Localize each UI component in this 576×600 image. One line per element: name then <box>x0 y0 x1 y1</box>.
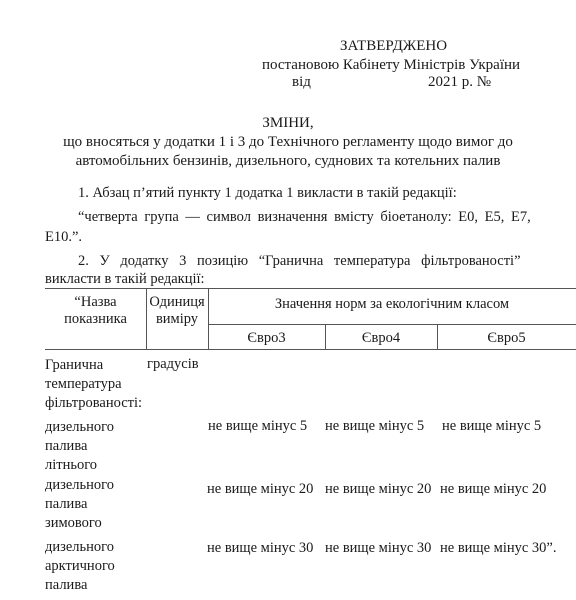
row-label-line: дизельного <box>45 418 114 437</box>
row-label-line: зимового <box>45 514 114 533</box>
header-unit-line1: Одиниця <box>146 294 208 311</box>
paragraph-3-line2: викласти в такій редакції: <box>45 271 205 288</box>
header-class-euro3: Євро3 <box>208 330 325 347</box>
row-label-line: літнього <box>45 456 114 475</box>
row-label: дизельного палива зимового <box>45 476 114 533</box>
value-euro4: не вище мінус 5 <box>325 418 424 435</box>
paragraph-1: 1. Абзац п’ятий пункту 1 додатка 1 викла… <box>78 185 457 202</box>
paragraph-3-line1: 2. У додатку 3 позицію “Гранична темпера… <box>78 253 521 270</box>
document-subtitle-line1: що вносяться у додатки 1 і 3 до Технічно… <box>0 134 576 151</box>
approval-date-prefix: від <box>292 74 311 91</box>
header-unit-line2: виміру <box>146 311 208 328</box>
row-label: дизельного палива літнього <box>45 418 114 475</box>
value-euro4: не вище мінус 20 <box>325 481 431 498</box>
value-euro5: не вище мінус 20 <box>440 481 546 498</box>
approval-date-suffix: 2021 р. № <box>428 74 491 91</box>
row-label-line: арктичного <box>45 557 115 576</box>
approval-resolution: постановою Кабінету Міністрів України <box>262 57 520 74</box>
value-euro4: не вище мінус 30 <box>325 540 431 557</box>
row-label-line: Гранична <box>45 356 142 375</box>
row-unit: градусів <box>147 356 199 373</box>
row-label-line: палива <box>45 495 114 514</box>
row-label-line: палива <box>45 437 114 456</box>
row-label-line: дизельного <box>45 476 114 495</box>
header-class-euro4: Євро4 <box>325 330 437 347</box>
header-unit: Одиниця виміру <box>146 294 208 328</box>
table-bottom-border <box>45 349 576 350</box>
header-indicator-name-line1: “Назва <box>45 294 146 311</box>
document-title: ЗМІНИ, <box>0 115 576 132</box>
header-indicator-name: “Назва показника <box>45 294 146 328</box>
header-values-group: Значення норм за екологічним класом <box>208 296 576 313</box>
row-label-line: температура <box>45 375 142 394</box>
header-indicator-name-line2: показника <box>45 311 146 328</box>
paragraph-2-line2: Е10.”. <box>45 229 82 246</box>
value-euro3: не вище мінус 30 <box>207 540 313 557</box>
table-top-border <box>45 288 576 289</box>
row-label-line: дизельного <box>45 538 115 557</box>
document-subtitle-line2: автомобільних бензинів, дизельного, судн… <box>0 153 576 170</box>
paragraph-2-line1: “четверта група — символ визначення вміс… <box>78 209 531 226</box>
row-label: дизельного арктичного палива <box>45 538 115 595</box>
value-euro5: не вище мінус 30”. <box>440 540 557 557</box>
row-label: Гранична температура фільтрованості: <box>45 356 142 413</box>
value-euro5: не вище мінус 5 <box>442 418 541 435</box>
value-euro3: не вище мінус 5 <box>208 418 307 435</box>
row-label-line: фільтрованості: <box>45 394 142 413</box>
table-mid-border <box>208 324 576 325</box>
header-class-euro5: Євро5 <box>437 330 576 347</box>
row-label-line: палива <box>45 576 115 595</box>
approval-heading: ЗАТВЕРДЖЕНО <box>340 38 447 55</box>
value-euro3: не вище мінус 20 <box>207 481 313 498</box>
